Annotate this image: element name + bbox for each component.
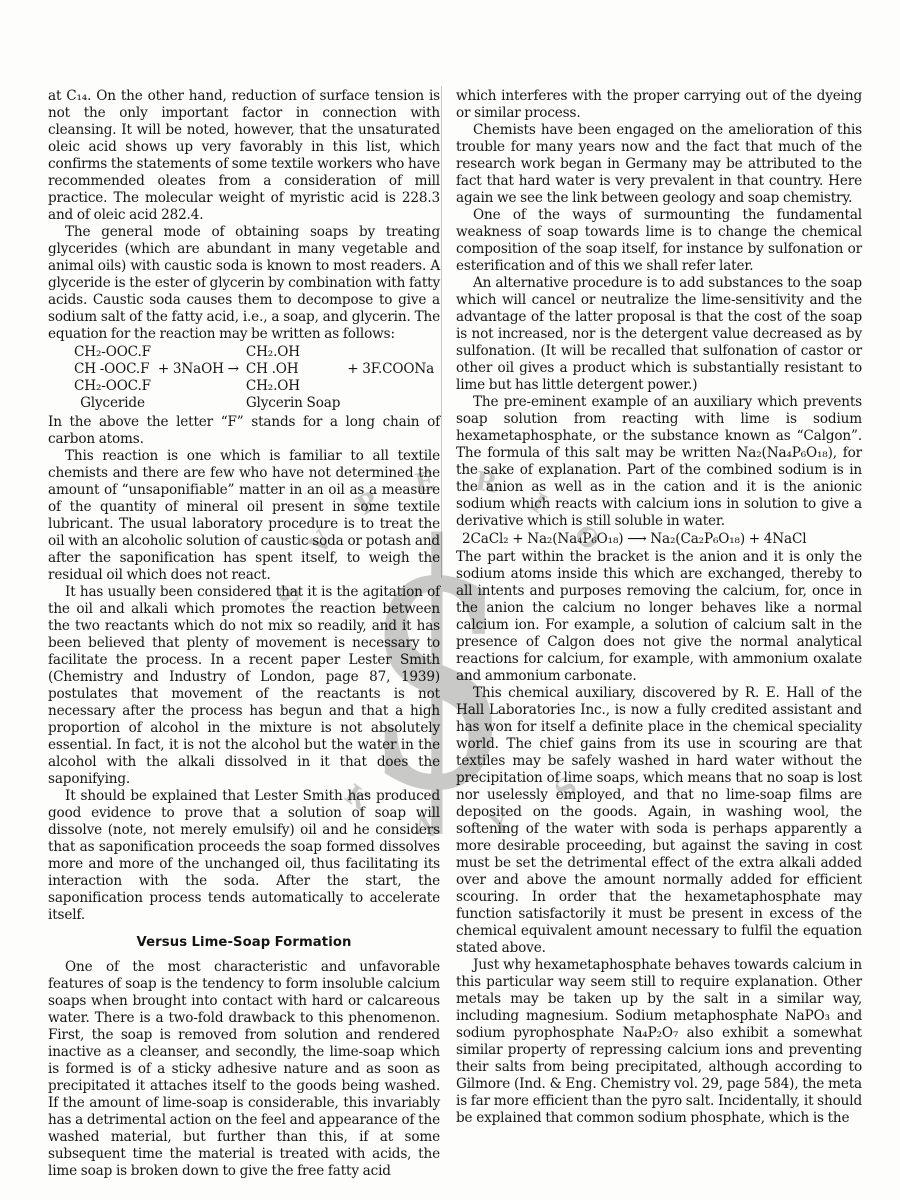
paragraph: One of the ways of surmounting the funda… (456, 207, 862, 275)
chemical-equation-calgon: 2CaCl₂ + Na₂(Na₄P₆O₁₈) ⟶ Na₂(Ca₂P₆O₁₈) +… (456, 531, 862, 548)
paragraph: This reaction is one which is familiar t… (48, 448, 440, 584)
equation-operator: + 3F.COONa (347, 344, 434, 378)
equation-line: CH₂.OH (246, 378, 340, 395)
paragraph: It has usually been considered that it i… (48, 584, 440, 788)
paragraph: In the above the letter “F” stands for a… (48, 414, 440, 448)
section-heading: Versus Lime-Soap Formation (48, 934, 440, 951)
equation-label: Glycerin Soap (246, 395, 340, 412)
equation-line: CH₂-OOC.F (74, 378, 151, 395)
paragraph: The part within the bracket is the anion… (456, 549, 862, 685)
left-column: at C₁₄. On the other hand, reduction of … (48, 88, 440, 1180)
paragraph: One of the most characteristic and unfav… (48, 959, 440, 1180)
paragraph: Just why hexametaphosphate behaves towar… (456, 957, 862, 1127)
equation-line: CH₂.OH (246, 344, 340, 361)
equation-line: CH₂-OOC.F (74, 344, 151, 361)
paragraph-continuation: at C₁₄. On the other hand, reduction of … (48, 88, 440, 224)
paragraph: The general mode of obtaining soaps by t… (48, 224, 440, 343)
equation-glyceride-column: CH₂-OOC.F CH -OOC.F CH₂-OOC.F Glyceride (74, 344, 151, 412)
paragraph: This chemical auxiliary, discovered by R… (456, 685, 862, 957)
equation-line: CH -OOC.F (74, 361, 151, 378)
equation-operator: + 3NaOH → (158, 344, 239, 378)
paragraph-continuation: which interferes with the proper carryin… (456, 88, 862, 122)
chemical-equation-glyceride: CH₂-OOC.F CH -OOC.F CH₂-OOC.F Glyceride … (48, 344, 440, 412)
paragraph: An alternative procedure is to add subst… (456, 275, 862, 394)
equation-line: CH .OH (246, 361, 340, 378)
equation-glycerin-column: CH₂.OH CH .OH CH₂.OH Glycerin Soap (246, 344, 340, 412)
paragraph: It should be explained that Lester Smith… (48, 788, 440, 924)
two-column-text: at C₁₄. On the other hand, reduction of … (48, 88, 862, 1180)
equation-label: Glyceride (74, 395, 151, 412)
paragraph: Chemists have been engaged on the amelio… (456, 122, 862, 207)
scanned-page: at C₁₄. On the other hand, reduction of … (0, 0, 900, 1200)
paragraph: The pre-eminent example of an auxiliary … (456, 394, 862, 530)
right-column: which interferes with the proper carryin… (456, 88, 862, 1180)
